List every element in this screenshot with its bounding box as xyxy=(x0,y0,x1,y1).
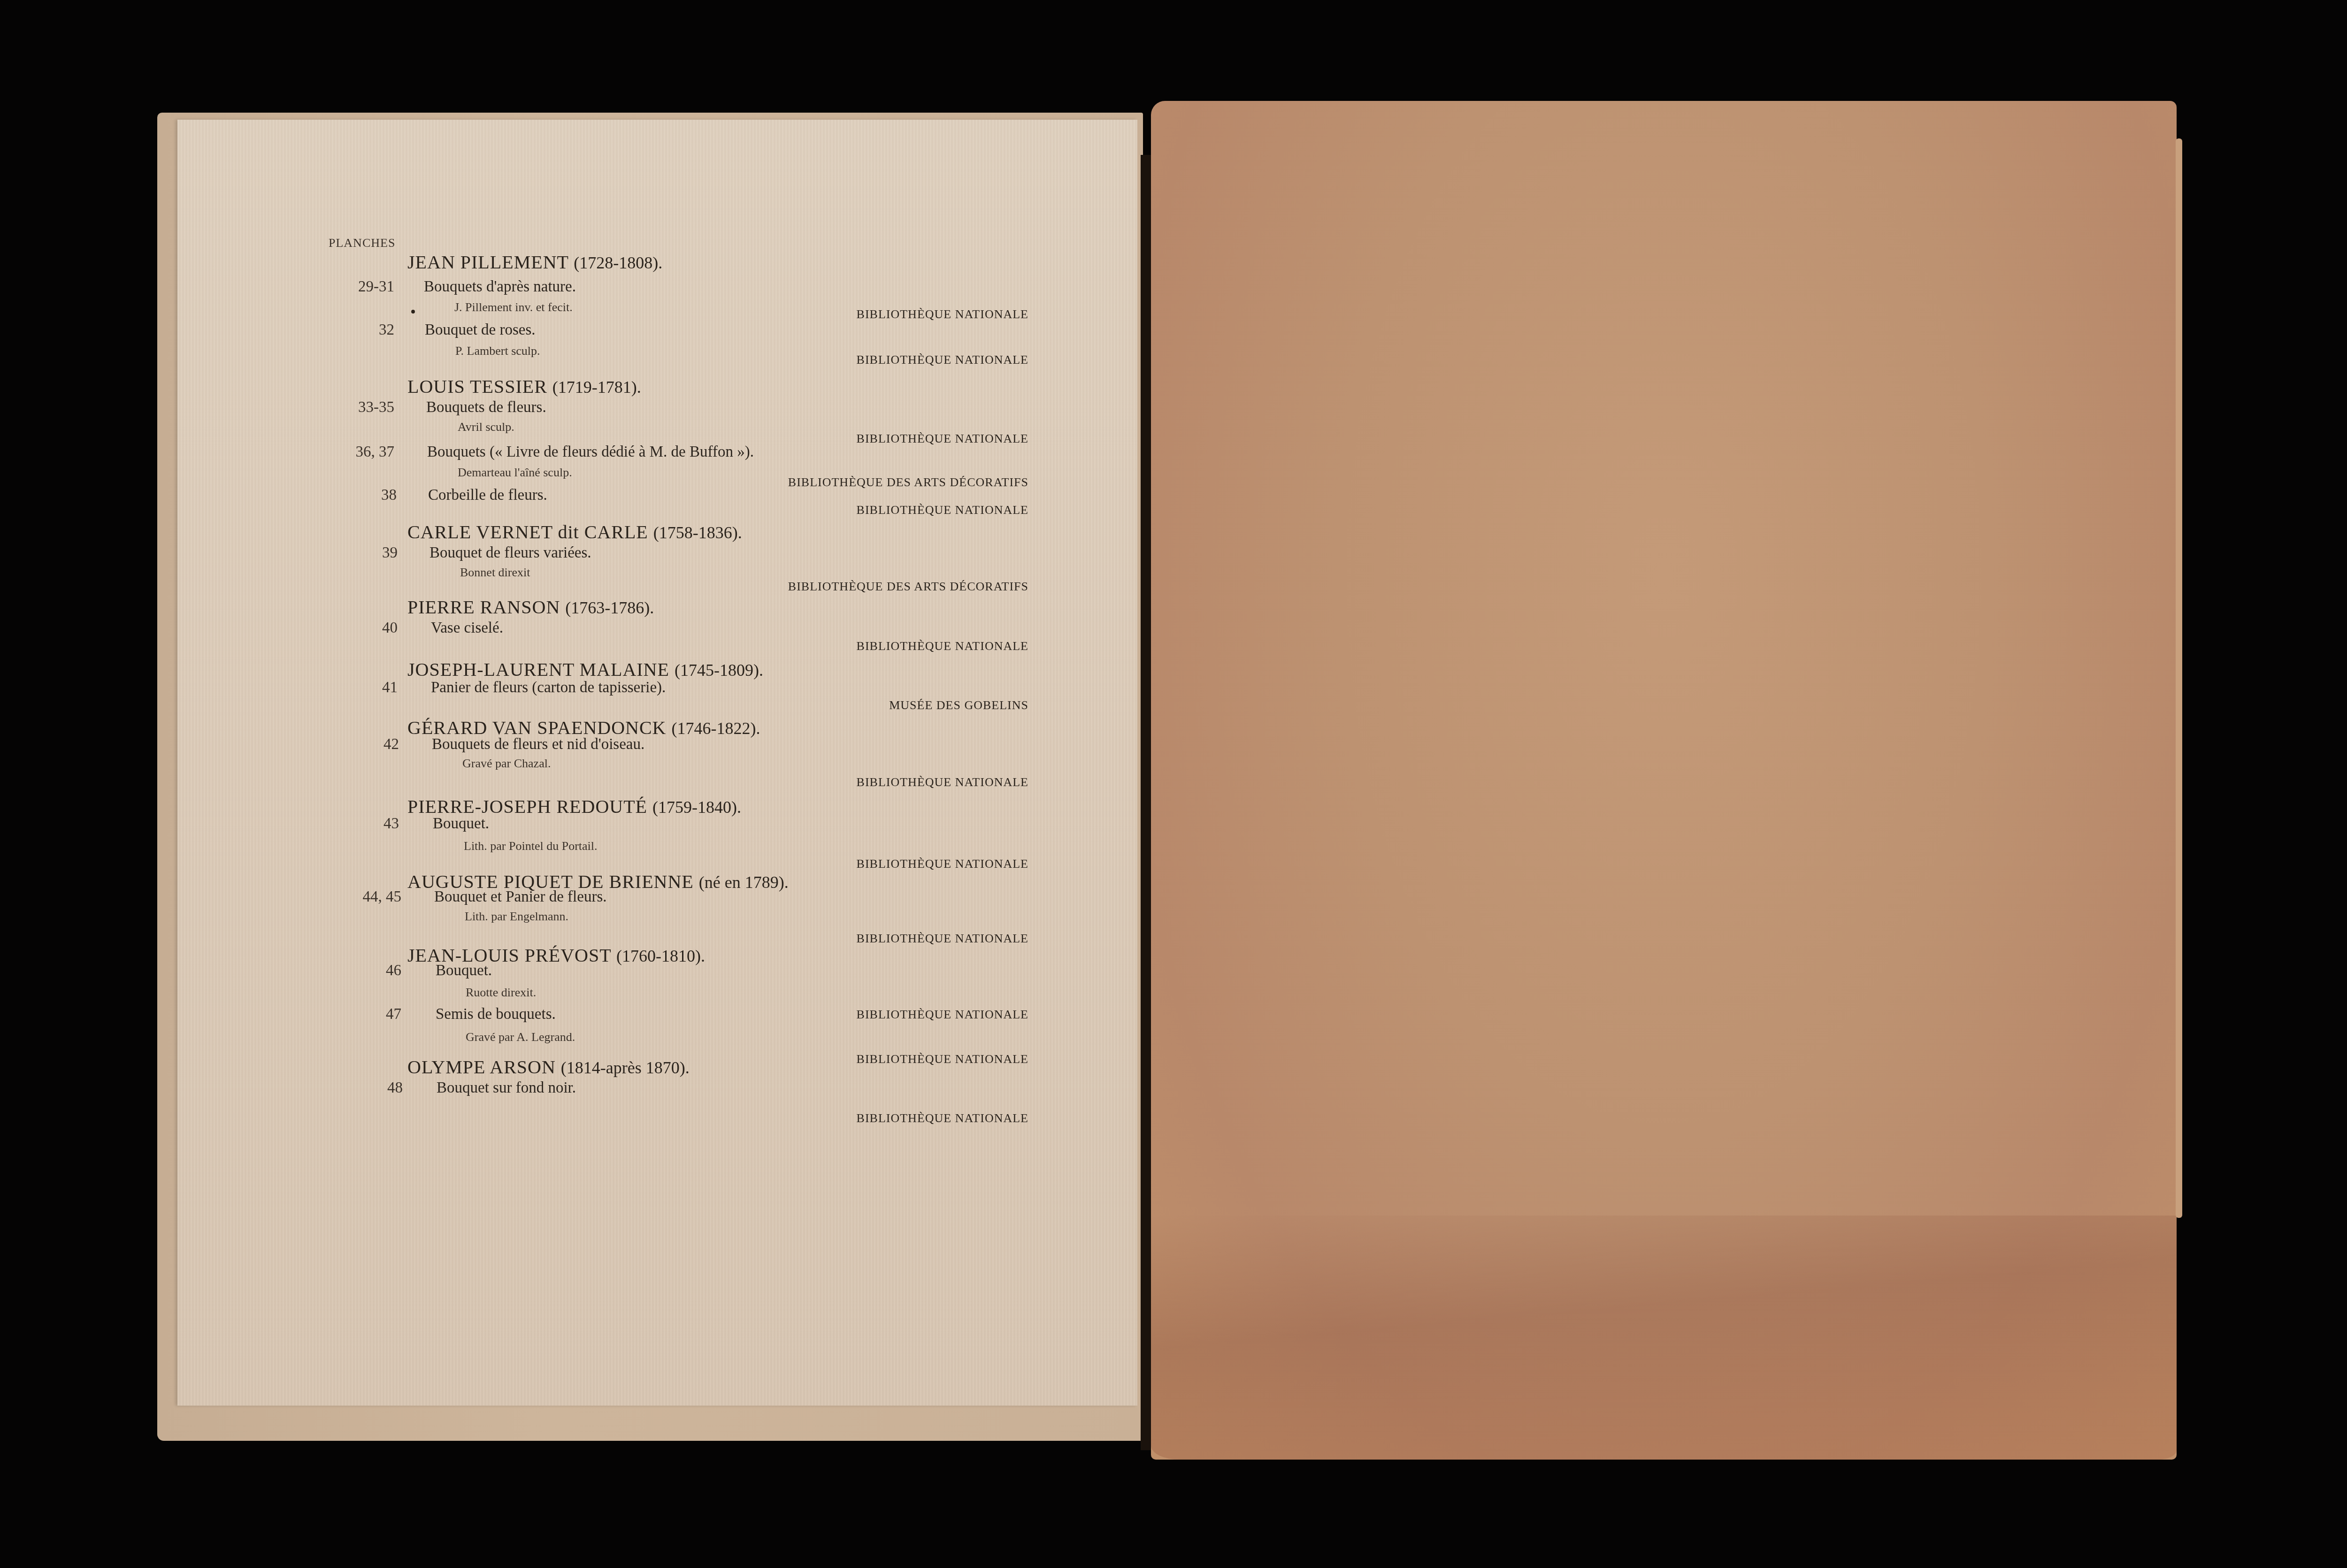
plate-title: Bouquets d'après nature. xyxy=(424,278,576,296)
plate-credit: Lith. par Engelmann. xyxy=(465,910,568,924)
artist-heading: OLYMPE ARSON (1814-après 1870). xyxy=(407,1056,690,1078)
plate-credit: Bonnet direxit xyxy=(460,566,530,580)
artist-dates: (1719-1781). xyxy=(552,378,641,397)
plate-title: Bouquets de fleurs et nid d'oiseau. xyxy=(432,736,644,753)
plate-source: BIBLIOTHÈQUE NATIONALE xyxy=(857,503,1028,517)
plate-number: 41 xyxy=(327,679,398,696)
artist-heading: PIERRE-JOSEPH REDOUTÉ (1759-1840). xyxy=(407,795,741,818)
plate-number: 40 xyxy=(327,620,398,637)
plate-list: PLANCHES JEAN PILLEMENT (1728-1808). 29-… xyxy=(0,0,2347,1568)
artist-dates: (1728-1808). xyxy=(574,253,662,272)
plate-credit: Gravé par Chazal. xyxy=(462,757,551,771)
artist-name: OLYMPE ARSON xyxy=(407,1056,556,1078)
plate-title: Panier de fleurs (carton de tapisserie). xyxy=(431,679,666,696)
plate-title: Bouquets de fleurs. xyxy=(426,399,546,416)
plate-source: BIBLIOTHÈQUE NATIONALE xyxy=(857,1052,1028,1066)
artist-heading: CARLE VERNET dit CARLE (1758-1836). xyxy=(407,521,742,543)
artist-name: JOSEPH-LAURENT MALAINE xyxy=(407,659,669,680)
plate-title: Semis de bouquets. xyxy=(436,1006,556,1023)
plate-number: 39 xyxy=(327,544,398,562)
plate-number: 29-31 xyxy=(324,278,394,296)
plate-title: Bouquets (« Livre de fleurs dédié à M. d… xyxy=(427,444,754,461)
artist-dates: (1763-1786). xyxy=(565,598,654,617)
artist-heading: JEAN PILLEMENT (1728-1808). xyxy=(407,251,662,273)
artist-dates: (1814-après 1870). xyxy=(561,1058,690,1077)
plate-title: Bouquet. xyxy=(433,815,489,833)
plate-title: Bouquet. xyxy=(436,962,492,979)
plate-number: 47 xyxy=(331,1006,401,1023)
plate-source: BIBLIOTHÈQUE NATIONALE xyxy=(857,307,1028,321)
plate-number: 32 xyxy=(324,321,394,339)
plate-source: BIBLIOTHÈQUE DES ARTS DÉCORATIFS xyxy=(788,580,1028,594)
plate-credit: J. Pillement inv. et fecit. xyxy=(454,300,573,314)
artist-name: PIERRE-JOSEPH REDOUTÉ xyxy=(407,796,647,817)
plate-source: BIBLIOTHÈQUE NATIONALE xyxy=(857,353,1028,367)
plate-number: 44, 45 xyxy=(331,888,401,906)
plate-title: Vase ciselé. xyxy=(431,620,503,637)
plate-credit: Lith. par Pointel du Portail. xyxy=(464,839,598,853)
plate-source: BIBLIOTHÈQUE NATIONALE xyxy=(857,1008,1028,1022)
artist-dates: (1758-1836). xyxy=(653,523,742,542)
artist-dates: (1746-1822). xyxy=(672,719,760,738)
plate-credit: Demarteau l'aîné sculp. xyxy=(458,466,572,480)
plate-credit: Avril sculp. xyxy=(458,420,514,434)
plate-title: Bouquet sur fond noir. xyxy=(437,1079,576,1097)
plate-source: BIBLIOTHÈQUE DES ARTS DÉCORATIFS xyxy=(788,475,1028,490)
plate-title: Bouquet et Panier de fleurs. xyxy=(434,888,606,906)
plate-title: Bouquet de roses. xyxy=(425,321,536,339)
plate-source: BIBLIOTHÈQUE NATIONALE xyxy=(857,639,1028,653)
plate-number: 38 xyxy=(326,487,397,504)
plate-title: Bouquet de fleurs variées. xyxy=(430,544,591,562)
section-label: PLANCHES xyxy=(329,236,395,250)
plate-source: BIBLIOTHÈQUE NATIONALE xyxy=(857,932,1028,946)
artist-name: LOUIS TESSIER xyxy=(407,376,547,397)
artist-dates: (1760-1810). xyxy=(616,947,705,965)
plate-number: 42 xyxy=(329,736,399,753)
plate-credit: Ruotte direxit. xyxy=(466,986,536,1000)
artist-heading: LOUIS TESSIER (1719-1781). xyxy=(407,375,641,398)
plate-source: BIBLIOTHÈQUE NATIONALE xyxy=(857,432,1028,446)
plate-title: Corbeille de fleurs. xyxy=(428,487,547,504)
plate-source: BIBLIOTHÈQUE NATIONALE xyxy=(857,775,1028,789)
plate-number: 46 xyxy=(331,962,401,979)
artist-dates: (né en 1789). xyxy=(699,873,789,892)
artist-heading: GÉRARD VAN SPAENDONCK (1746-1822). xyxy=(407,717,760,739)
artist-dates: (1745-1809). xyxy=(675,661,763,680)
artist-heading: JOSEPH-LAURENT MALAINE (1745-1809). xyxy=(407,658,763,681)
plate-number: 48 xyxy=(332,1079,403,1097)
plate-credit: Gravé par A. Legrand. xyxy=(466,1030,575,1044)
plate-source: BIBLIOTHÈQUE NATIONALE xyxy=(857,1111,1028,1125)
artist-name: GÉRARD VAN SPAENDONCK xyxy=(407,717,667,738)
plate-number: 43 xyxy=(329,815,399,833)
plate-source: BIBLIOTHÈQUE NATIONALE xyxy=(857,857,1028,871)
artist-name: PIERRE RANSON xyxy=(407,597,560,618)
plate-number: 36, 37 xyxy=(324,444,394,461)
artist-name: JEAN PILLEMENT xyxy=(407,252,568,273)
artist-dates: (1759-1840). xyxy=(652,798,741,817)
artist-heading: PIERRE RANSON (1763-1786). xyxy=(407,596,654,618)
plate-source: MUSÉE DES GOBELINS xyxy=(889,698,1028,712)
plate-credit: P. Lambert sculp. xyxy=(455,344,540,358)
plate-number: 33-35 xyxy=(324,399,394,416)
artist-name: CARLE VERNET dit CARLE xyxy=(407,521,648,543)
